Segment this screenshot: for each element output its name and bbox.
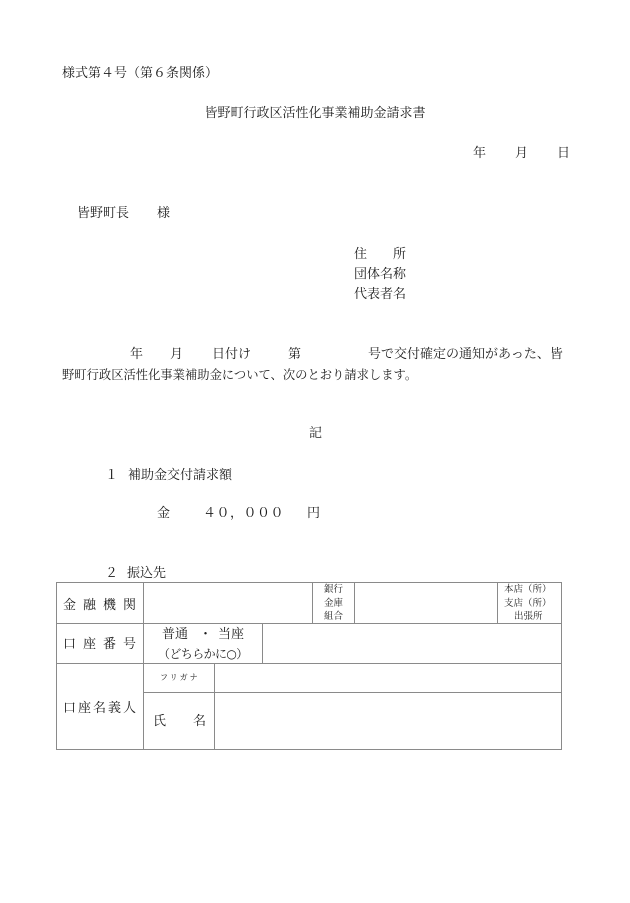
body-year-label: 年 [130,347,143,362]
section1-label: 補助金交付請求額 [128,468,232,483]
name-label-part1: 氏 [153,714,166,729]
section1-number: １ [105,468,118,483]
account-type-ordinary: 普通 [162,627,188,642]
financial-institution-label: 金融機関 [63,598,143,613]
branch-type-branch: 支店（所） [504,597,552,611]
amount-prefix: 金 [157,506,170,521]
institution-type-union: 組合 [313,610,354,624]
date-year-label: 年 [473,146,486,161]
institution-types: 銀行 金庫 組合 [313,583,354,624]
document-title: 皆野町行政区活性化事業補助金請求書 [0,106,630,121]
addressee-honorific: 様 [157,206,170,221]
section2-label: 振込先 [127,566,166,581]
address-label-part1: 住 [354,247,367,262]
organization-label: 団体名称 [354,267,406,282]
institution-name-cell [144,583,312,623]
representative-label: 代表者名 [354,287,406,302]
body-line1-rest: 号で交付確定の通知があった、皆 [368,347,563,362]
account-number-label: 口座番号 [63,637,143,652]
ki-heading: 記 [309,426,322,441]
addressee-name: 皆野町長 [77,206,129,221]
body-date-suffix: 日付け [212,347,251,362]
date-day-label: 日 [557,146,570,161]
account-holder-label: 口座名義人 [63,701,138,716]
address-label-part2: 所 [393,247,406,262]
body-number-prefix: 第 [288,347,301,362]
branch-type-sub-branch: 出張所 [514,610,543,624]
form-number: 様式第４号（第６条関係） [62,66,218,81]
furigana-label: フリガナ [160,673,200,683]
column-divider [497,582,498,623]
name-label-part2: 名 [193,714,206,729]
amount-suffix: 円 [307,506,320,521]
name-cell [215,693,561,749]
account-number-cell [263,624,561,663]
body-line2: 野町行政区活性化事業補助金について、次のとおり請求します。 [62,368,417,383]
account-type-note: （どちらかに○） [158,647,248,662]
document-page: 様式第４号（第６条関係） 皆野町行政区活性化事業補助金請求書 年 月 日 皆野町… [0,0,630,903]
date-month-label: 月 [515,146,528,161]
body-month-label: 月 [170,347,183,362]
section2-number: ２ [105,566,118,581]
account-type-current: 当座 [218,627,244,642]
branch-name-cell [355,583,497,623]
branch-type-head-office: 本店（所） [504,583,552,597]
institution-type-bank: 銀行 [313,583,354,597]
furigana-cell [215,664,561,692]
institution-type-shinkin: 金庫 [313,597,354,611]
account-type-separator: ・ [199,627,212,642]
amount-value: ４０，０００ [203,506,284,521]
